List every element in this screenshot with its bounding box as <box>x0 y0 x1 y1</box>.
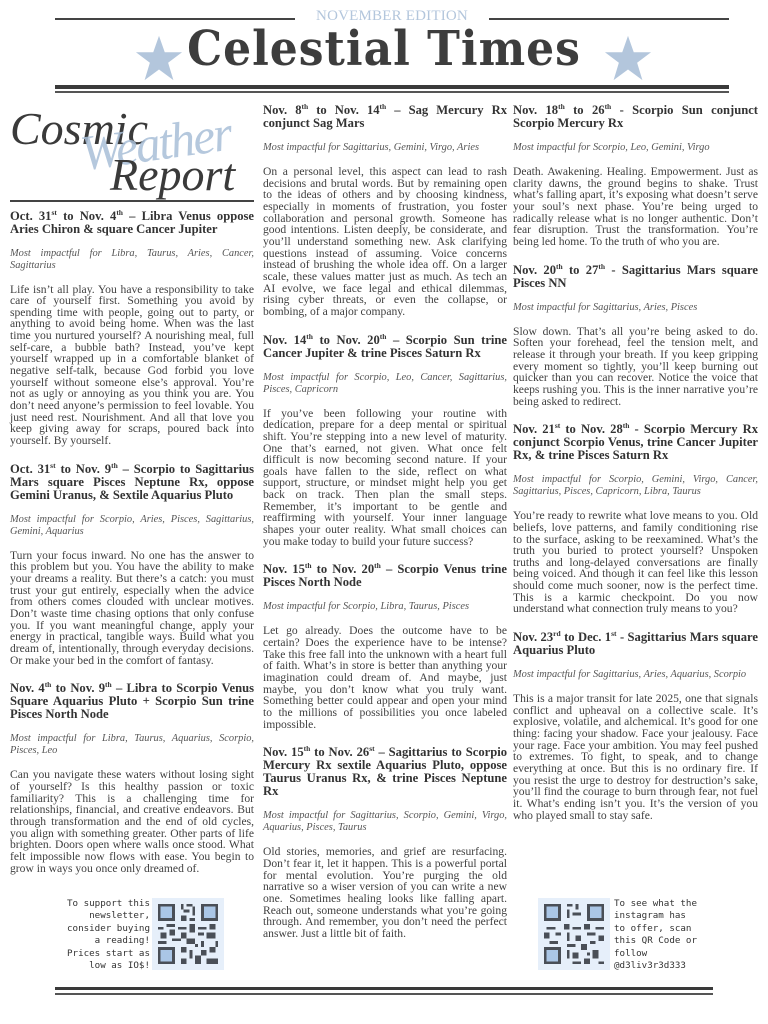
article-heading: Nov. 21st to Nov. 28th - Scorpio Mercury… <box>513 423 758 462</box>
support-promo-text: To support this newsletter, consider buy… <box>62 898 150 972</box>
article-body: This is a major transit for late 2025, o… <box>513 693 758 821</box>
article-impact: Most impactful for Libra, Taurus, Aries,… <box>10 248 254 272</box>
article-impact: Most impactful for Scorpio, Leo, Cancer,… <box>263 372 507 396</box>
article-heading: Nov. 20th to 27th - Sagittarius Mars squ… <box>513 264 758 290</box>
divider <box>55 85 729 89</box>
article-impact: Most impactful for Sagittarius, Gemini, … <box>263 142 507 154</box>
article-heading: Nov. 23rd to Dec. 1st - Sagittarius Mars… <box>513 631 758 657</box>
divider <box>55 993 713 995</box>
column-2: Nov. 8th to Nov. 14th – Sag Mercury Rx c… <box>263 104 507 956</box>
article: Nov. 18th to 26th - Scorpio Sun conjunct… <box>513 104 758 248</box>
article-heading: Nov. 15th to Nov. 26st – Sagittarius to … <box>263 746 507 798</box>
article: Oct. 31st to Nov. 4th – Libra Venus oppo… <box>10 210 254 447</box>
article-heading: Nov. 14th to Nov. 20th – Scorpio Sun tri… <box>263 334 507 360</box>
article-body: Slow down. That’s all you’re being asked… <box>513 326 758 408</box>
article: Oct. 31st to Nov. 9th – Scorpio to Sagit… <box>10 463 254 667</box>
article-heading: Oct. 31st to Nov. 4th – Libra Venus oppo… <box>10 210 254 236</box>
article: Nov. 21st to Nov. 28th - Scorpio Mercury… <box>513 423 758 615</box>
article: Nov. 14th to Nov. 20th – Scorpio Sun tri… <box>263 334 507 548</box>
article-impact: Most impactful for Scorpio, Gemini, Virg… <box>513 474 758 498</box>
divider <box>489 18 729 20</box>
logo-word-report: Report <box>110 148 235 201</box>
article-body: If you’ve been following your routine wi… <box>263 408 507 548</box>
article-body: Old stories, memories, and grief are res… <box>263 846 507 939</box>
article: Nov. 15th to Nov. 20th – Scorpio Venus t… <box>263 563 507 730</box>
article: Nov. 20th to 27th - Sagittarius Mars squ… <box>513 264 758 408</box>
article-impact: Most impactful for Sagittarius, Scorpio,… <box>263 810 507 834</box>
article-body: Let go already. Does the outcome have to… <box>263 625 507 730</box>
article-body: You’re ready to rewrite what love means … <box>513 510 758 615</box>
article-impact: Most impactful for Scorpio, Libra, Tauru… <box>263 601 507 613</box>
divider <box>55 987 713 990</box>
instagram-promo-text: To see what the instagram has to offer, … <box>614 898 734 972</box>
article: Nov. 4th to Nov. 9th – Libra to Scorpio … <box>10 682 254 874</box>
article-impact: Most impactful for Sagittarius, Aries, P… <box>513 302 758 314</box>
article-body: Turn your focus inward. No one has the a… <box>10 550 254 667</box>
masthead: NOVEMBER EDITION Celestial Times <box>0 0 768 96</box>
article-impact: Most impactful for Libra, Taurus, Aquari… <box>10 733 254 757</box>
article-impact: Most impactful for Scorpio, Leo, Gemini,… <box>513 142 758 154</box>
article-body: Can you navigate these waters without lo… <box>10 769 254 874</box>
article: Nov. 15th to Nov. 26st – Sagittarius to … <box>263 746 507 939</box>
article: Nov. 23rd to Dec. 1st - Sagittarius Mars… <box>513 631 758 821</box>
article-body: Life isn’t all play. You have a responsi… <box>10 284 254 447</box>
article-body: Death. Awakening. Healing. Empowerment. … <box>513 166 758 248</box>
divider <box>55 91 729 93</box>
article: Nov. 8th to Nov. 14th – Sag Mercury Rx c… <box>263 104 507 318</box>
article-heading: Oct. 31st to Nov. 9th – Scorpio to Sagit… <box>10 463 254 502</box>
column-3: Nov. 18th to 26th - Scorpio Sun conjunct… <box>513 104 758 837</box>
qr-code-icon <box>152 898 224 970</box>
column-1: Cosmic Weather Report Oct. 31st to Nov. … <box>10 104 254 890</box>
article-impact: Most impactful for Sagittarius, Aries, A… <box>513 669 758 681</box>
article-heading: Nov. 15th to Nov. 20th – Scorpio Venus t… <box>263 563 507 589</box>
article-body: On a personal level, this aspect can lea… <box>263 166 507 318</box>
article-heading: Nov. 4th to Nov. 9th – Libra to Scorpio … <box>10 682 254 721</box>
newspaper-title: Celestial Times <box>0 22 768 77</box>
article-impact: Most impactful for Scorpio, Aries, Pisce… <box>10 514 254 538</box>
article-heading: Nov. 18th to 26th - Scorpio Sun conjunct… <box>513 104 758 130</box>
support-qr-code[interactable] <box>152 898 224 970</box>
qr-code-icon <box>538 898 610 970</box>
instagram-qr-code[interactable] <box>538 898 610 970</box>
star-icon <box>604 34 652 82</box>
article-heading: Nov. 8th to Nov. 14th – Sag Mercury Rx c… <box>263 104 507 130</box>
instagram-handle[interactable]: @d3liv3r3d333 <box>614 960 734 972</box>
cosmic-weather-report-logo: Cosmic Weather Report <box>10 104 254 196</box>
